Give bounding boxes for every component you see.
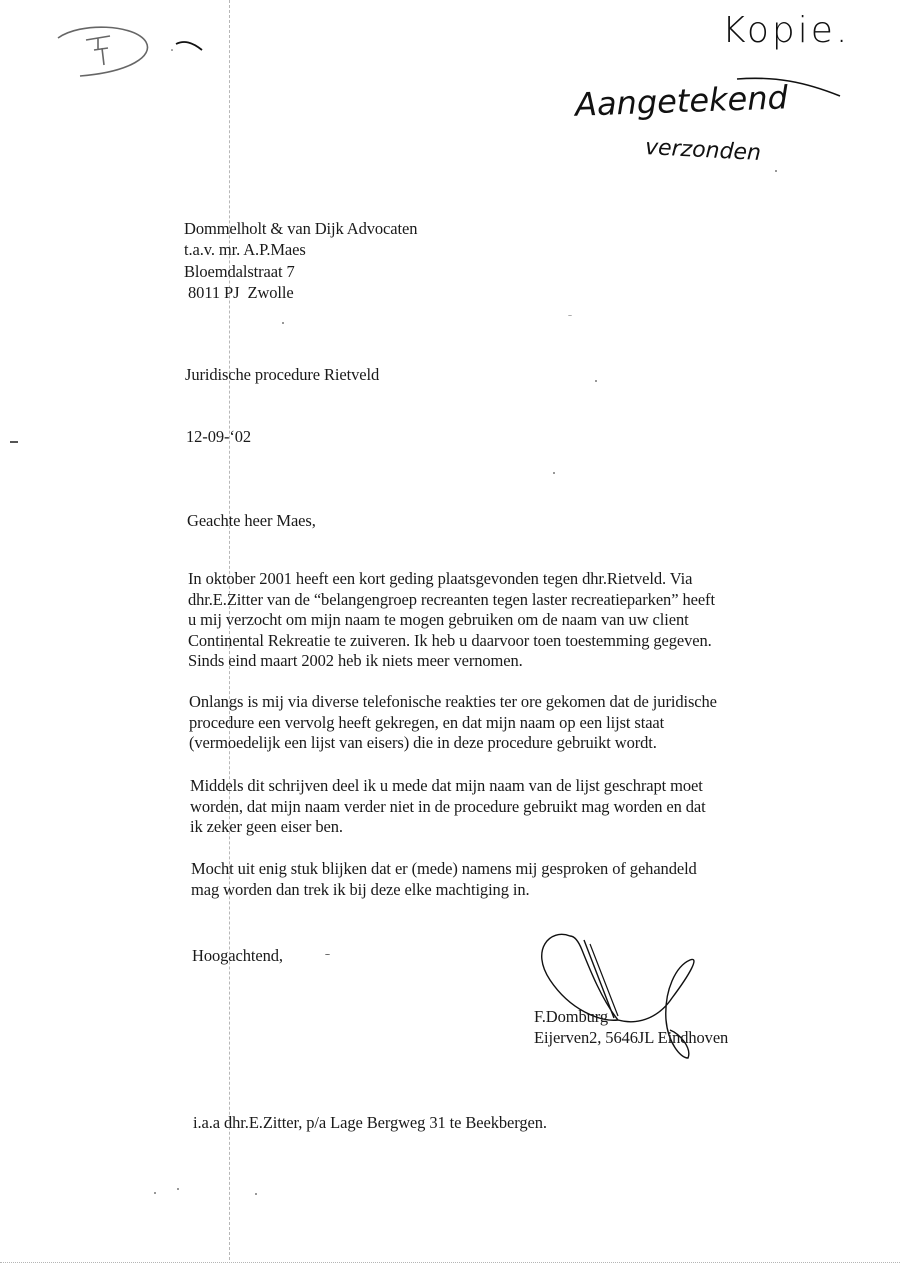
body-line: ik zeker geen eiser ben. <box>190 817 706 838</box>
sender-name: F.Domburg <box>534 1006 608 1027</box>
handwritten-aangetekend: Aangetekend <box>574 78 788 123</box>
copy-to-note: i.a.a dhr.E.Zitter, p/a Lage Bergweg 31 … <box>193 1112 547 1133</box>
body-line: procedure een vervolg heeft gekregen, en… <box>189 713 717 734</box>
scan-speck <box>568 315 572 316</box>
signature-icon <box>530 930 710 1070</box>
scan-speck <box>595 380 597 382</box>
page-bottom-edge <box>0 1262 900 1263</box>
scan-speck <box>10 441 18 443</box>
body-line: Mocht uit enig stuk blijken dat er (mede… <box>191 859 697 880</box>
scan-speck <box>282 322 284 324</box>
sender-address: Eijerven2, 5646JL Eindhoven <box>534 1027 728 1048</box>
body-paragraph-2: Onlangs is mij via diverse telefonische … <box>189 692 717 754</box>
circled-page-number: 7 <box>86 25 101 53</box>
body-line: Middels dit schrijven deel ik u mede dat… <box>190 776 706 797</box>
closing: Hoogachtend, <box>192 945 283 966</box>
handwritten-verzonden: verzonden <box>644 135 761 166</box>
recipient-street: Bloemdalstraat 7 <box>184 261 295 282</box>
handwritten-kopie: Kopie. <box>722 10 850 51</box>
recipient-city: 8011 PJ Zwolle <box>184 282 294 303</box>
body-line: mag worden dan trek ik bij deze elke mac… <box>191 880 697 901</box>
body-line: Sinds eind maart 2002 heb ik niets meer … <box>188 651 715 672</box>
body-line: worden, dat mijn naam verder niet in de … <box>190 797 706 818</box>
dash-mark-icon <box>170 38 210 58</box>
body-line: Onlangs is mij via diverse telefonische … <box>189 692 717 713</box>
scan-speck <box>177 1188 179 1190</box>
scan-speck <box>775 170 777 172</box>
recipient-firm: Dommelholt & van Dijk Advocaten <box>184 218 417 239</box>
body-paragraph-4: Mocht uit enig stuk blijken dat er (mede… <box>191 859 697 900</box>
subject-line: Juridische procedure Rietveld <box>185 364 379 385</box>
letter-date: 12-09-‘02 <box>186 426 251 447</box>
body-line: dhr.E.Zitter van de “belangengroep recre… <box>188 590 715 611</box>
circled-page-number-icon <box>50 20 160 80</box>
body-line: Continental Rekreatie te zuiveren. Ik he… <box>188 631 715 652</box>
scan-speck <box>154 1192 156 1194</box>
scan-speck <box>553 472 555 474</box>
scan-speck <box>325 954 330 955</box>
letter-page: 7 Kopie. Aangetekend verzonden Dommelhol… <box>0 0 900 1265</box>
scan-speck <box>255 1193 257 1195</box>
body-line: In oktober 2001 heeft een kort geding pl… <box>188 569 715 590</box>
salutation: Geachte heer Maes, <box>187 510 316 531</box>
body-paragraph-3: Middels dit schrijven deel ik u mede dat… <box>190 776 706 838</box>
body-paragraph-1: In oktober 2001 heeft een kort geding pl… <box>188 569 715 672</box>
body-line: (vermoedelijk een lijst van eisers) die … <box>189 733 717 754</box>
body-line: u mij verzocht om mijn naam te mogen geb… <box>188 610 715 631</box>
recipient-attention: t.a.v. mr. A.P.Maes <box>184 239 306 260</box>
